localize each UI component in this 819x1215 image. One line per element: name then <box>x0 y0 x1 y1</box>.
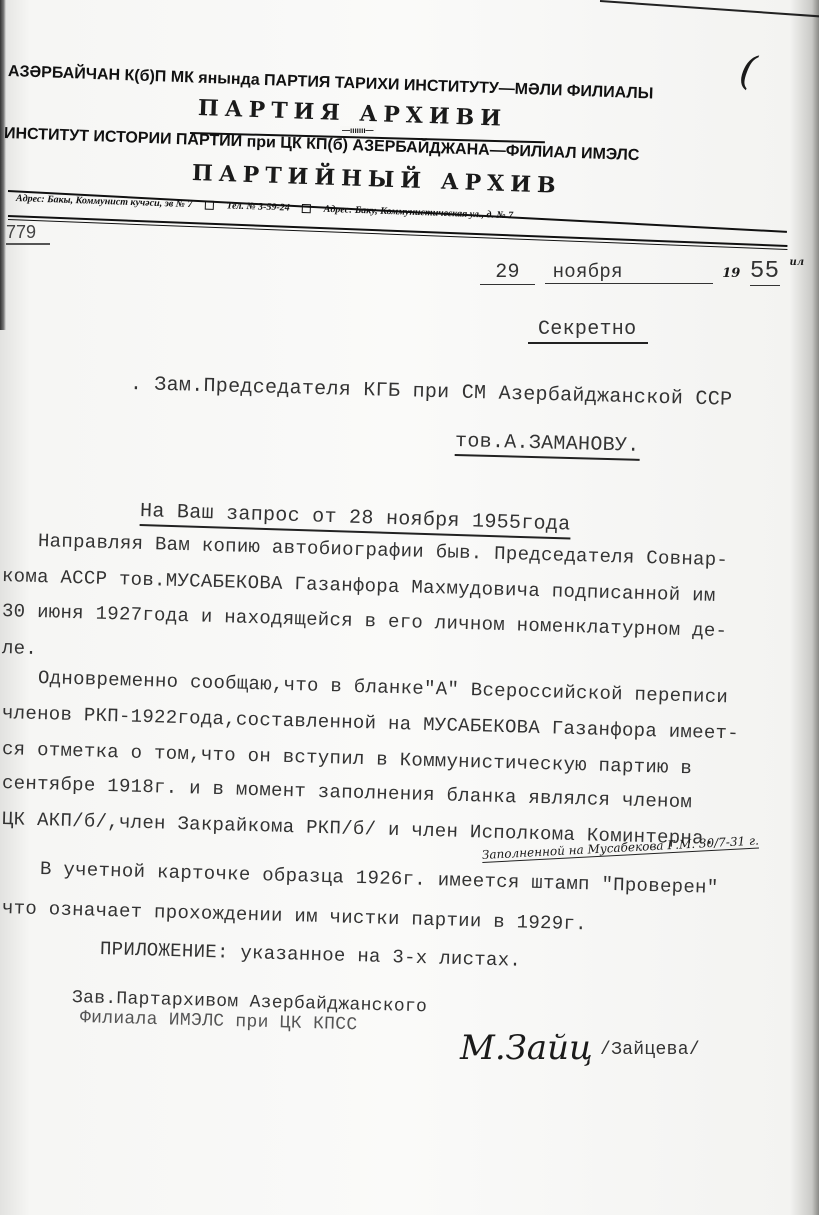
document-page: ( АЗӘРБАЙЧАН К(б)П МК янында ПАРТИЯ ТАРИ… <box>0 0 819 1215</box>
square-bullet-icon <box>205 201 214 210</box>
classification-label: Секретно <box>528 318 648 344</box>
body-line: что означает прохождении им чистки парти… <box>2 897 587 935</box>
letterhead-russian-line: ИНСТИТУТ ИСТОРИИ ПАРТИИ при ЦК КП(б) АЗЕ… <box>4 125 640 165</box>
date-month: ноября <box>545 261 713 284</box>
letterhead-russian-title: ПАРТИЙНЫЙ АРХИВ <box>192 160 562 199</box>
date-suffix-azeri: ил <box>790 257 805 268</box>
body-line: ся отметка о том,что он вступил в Коммун… <box>2 738 693 779</box>
address-russian: Адрес: Баку, Коммунистическая ул., д. № … <box>324 204 514 222</box>
body-line: ле. <box>2 637 38 660</box>
date-year-prefix: 19 <box>722 266 740 281</box>
recipient-name: тов.А.ЗАМАНОВУ. <box>455 430 640 461</box>
body-line: 30 июня 1927года и находящейся в его лич… <box>2 600 728 642</box>
recipient-title: .Зам.Председателя КГБ при СМ Азербайджан… <box>130 373 733 412</box>
address-rule-bottom <box>8 215 787 247</box>
reference-number: 779 <box>6 222 50 245</box>
handwritten-page-mark: ( <box>736 47 759 95</box>
address-azeri: Адрес: Бакы, Коммунист кучәси, эв № 7 <box>16 193 193 210</box>
handwritten-signature: М.Зайц <box>460 1028 593 1068</box>
date-year: 55 <box>750 258 780 286</box>
letterhead-divider-ornament: —ııııııı— <box>340 126 376 135</box>
body-line: Направляя Вам копию автобиографии быв. П… <box>38 530 729 571</box>
recipient-line-1: Зам.Председателя КГБ при СМ Азербайджанс… <box>154 374 733 412</box>
body-line: сентябре 1918г. и в момент заполнения бл… <box>2 772 693 813</box>
subject-line: На Ваш запрос от 28 ноября 1955года <box>140 500 571 540</box>
date-day: 29 <box>480 261 535 285</box>
body-line: Одновременно сообщаю,что в бланке"А" Все… <box>38 667 729 708</box>
letterhead-azeri-line: АЗӘРБАЙЧАН К(б)П МК янында ПАРТИЯ ТАРИХИ… <box>8 63 654 104</box>
phone-number: Тел. № 3-59-24 <box>226 200 290 213</box>
binding-edge <box>0 0 6 330</box>
date-line: 29 ноября 19 55 ил <box>480 258 804 286</box>
address-rule-bottom-thin <box>8 219 787 250</box>
address-bar: Адрес: Бакы, Коммунист кучәси, эв № 7 Те… <box>16 193 514 221</box>
body-line: членов РКП-1922года,составленной на МУСА… <box>2 702 740 745</box>
square-bullet-icon <box>302 204 311 213</box>
body-line: В учетной карточке образца 1926г. имеетс… <box>40 858 719 899</box>
corner-stroke <box>600 0 819 18</box>
attachment-line: ПРИЛОЖЕНИЕ: указанное на 3-х листах. <box>100 938 522 972</box>
signatory-name: /Зайцева/ <box>600 1040 700 1060</box>
body-line: кома АССР тов.МУСАБЕКОВА Газанфора Махму… <box>2 565 716 607</box>
